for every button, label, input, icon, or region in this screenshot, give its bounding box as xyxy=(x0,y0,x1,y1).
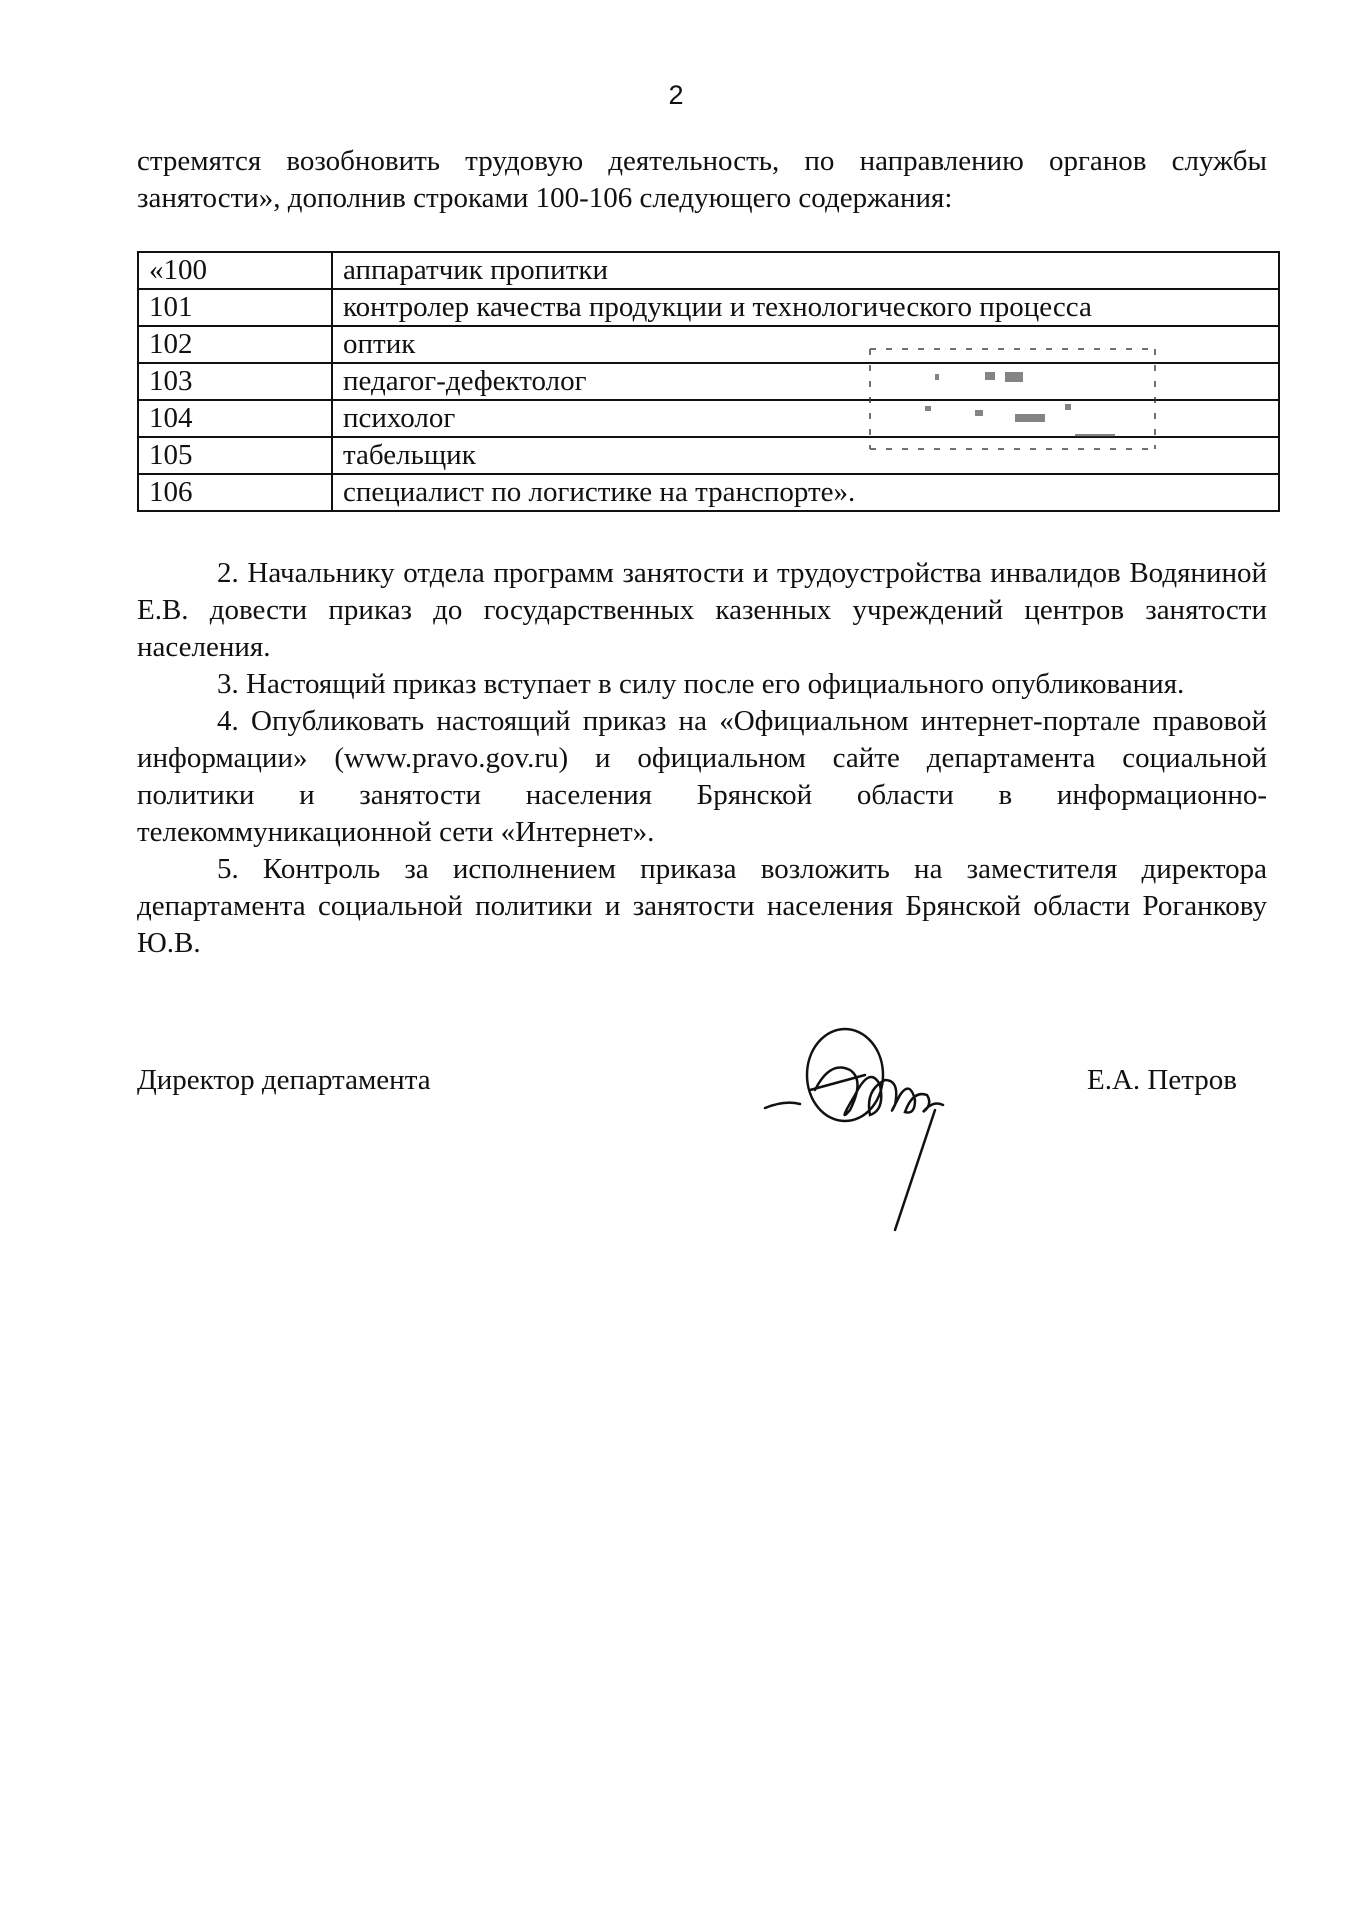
row-code: «100 xyxy=(138,252,332,289)
item-5: 5. Контроль за исполнением приказа возло… xyxy=(137,851,1267,962)
page-number: 2 xyxy=(0,80,1352,111)
row-title: специалист по логистике на транспорте». xyxy=(332,474,1279,511)
handwritten-signature-icon xyxy=(755,1020,1015,1250)
row-code: 102 xyxy=(138,326,332,363)
row-title: контролер качества продукции и технологи… xyxy=(332,289,1279,326)
row-code: 101 xyxy=(138,289,332,326)
signatory-title: Директор департамента xyxy=(137,1064,431,1097)
order-items: 2. Начальнику отдела программ занятости … xyxy=(137,555,1267,962)
item-3: 3. Настоящий приказ вступает в силу посл… xyxy=(137,666,1267,703)
signatory-name: Е.А. Петров xyxy=(1087,1064,1237,1097)
item-2: 2. Начальнику отдела программ занятости … xyxy=(137,555,1267,666)
intro-paragraph: стремятся возобновить трудовую деятельно… xyxy=(137,143,1267,217)
table-row: 101 контролер качества продукции и техно… xyxy=(138,289,1279,326)
item-4: 4. Опубликовать настоящий приказ на «Офи… xyxy=(137,703,1267,851)
faded-stamp-icon xyxy=(865,344,1165,454)
table-row: «100 аппаратчик пропитки xyxy=(138,252,1279,289)
table-row: 106 специалист по логистике на транспорт… xyxy=(138,474,1279,511)
row-code: 105 xyxy=(138,437,332,474)
row-code: 104 xyxy=(138,400,332,437)
row-title: аппаратчик пропитки xyxy=(332,252,1279,289)
row-code: 106 xyxy=(138,474,332,511)
row-code: 103 xyxy=(138,363,332,400)
signature-block: Директор департамента Е.А. Петров xyxy=(137,1064,1267,1104)
intro-text: стремятся возобновить трудовую деятельно… xyxy=(137,143,1267,217)
